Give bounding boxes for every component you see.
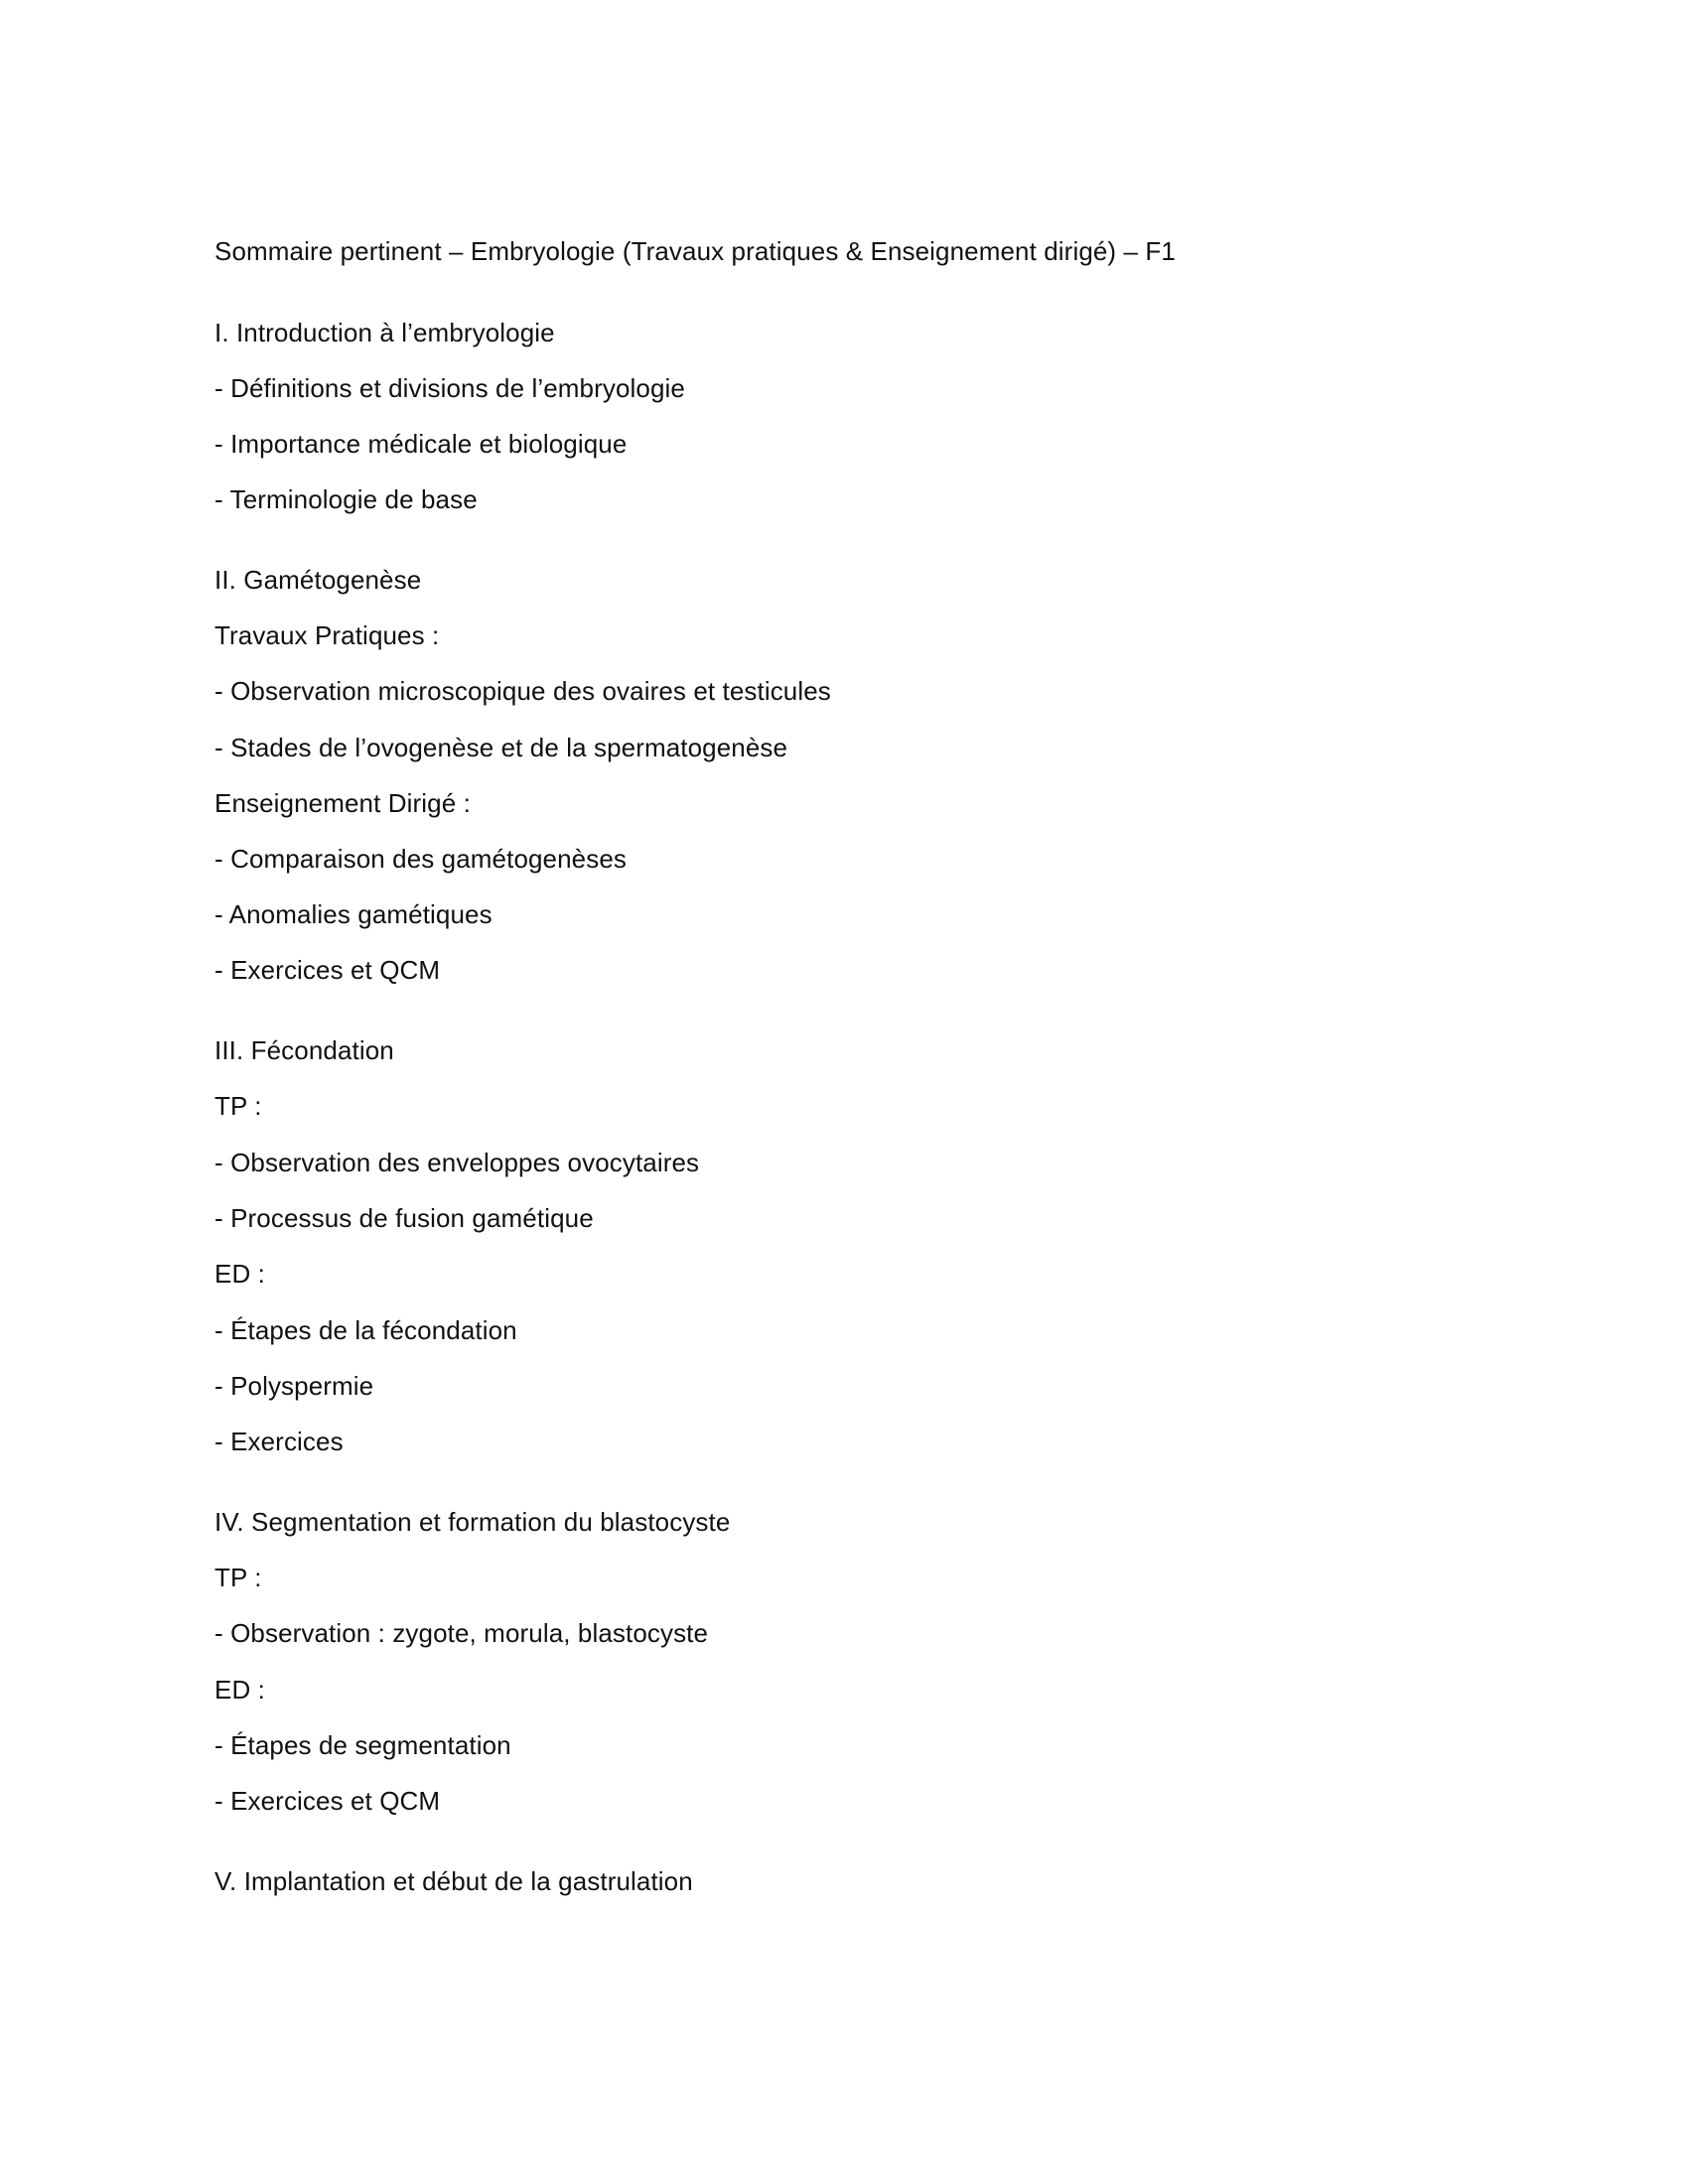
section-heading-5: V. Implantation et début de la gastrulat… (214, 1866, 693, 1896)
subheading-tp: TP : (214, 1563, 262, 1592)
subheading-tp: TP : (214, 1091, 262, 1121)
document-title: Sommaire pertinent – Embryologie (Travau… (214, 236, 1176, 266)
list-item: - Définitions et divisions de l’embryolo… (214, 373, 685, 403)
list-item: - Terminologie de base (214, 484, 478, 514)
section-heading-3: III. Fécondation (214, 1035, 394, 1065)
list-item: - Exercices et QCM (214, 1786, 440, 1816)
list-item: - Stades de l’ovogenèse et de la spermat… (214, 733, 787, 762)
subheading-tp: Travaux Pratiques : (214, 620, 439, 650)
subheading-ed: Enseignement Dirigé : (214, 788, 471, 818)
section-heading-4: IV. Segmentation et formation du blastoc… (214, 1507, 730, 1537)
section-heading-2: II. Gamétogenèse (214, 565, 421, 595)
list-item: - Exercices (214, 1427, 344, 1456)
list-item: - Comparaison des gamétogenèses (214, 844, 627, 874)
list-item: - Étapes de la fécondation (214, 1315, 517, 1345)
list-item: - Observation microscopique des ovaires … (214, 676, 831, 706)
section-heading-1: I. Introduction à l’embryologie (214, 318, 555, 347)
list-item: - Importance médicale et biologique (214, 429, 627, 459)
subheading-ed: ED : (214, 1675, 265, 1705)
document-page: Sommaire pertinent – Embryologie (Travau… (0, 0, 1688, 2184)
list-item: - Anomalies gamétiques (214, 899, 492, 929)
list-item: - Observation des enveloppes ovocytaires (214, 1148, 699, 1177)
subheading-ed: ED : (214, 1259, 265, 1289)
list-item: - Polyspermie (214, 1371, 373, 1401)
list-item: - Observation : zygote, morula, blastocy… (214, 1618, 708, 1648)
list-item: - Processus de fusion gamétique (214, 1203, 594, 1233)
list-item: - Étapes de segmentation (214, 1730, 511, 1760)
list-item: - Exercices et QCM (214, 955, 440, 985)
